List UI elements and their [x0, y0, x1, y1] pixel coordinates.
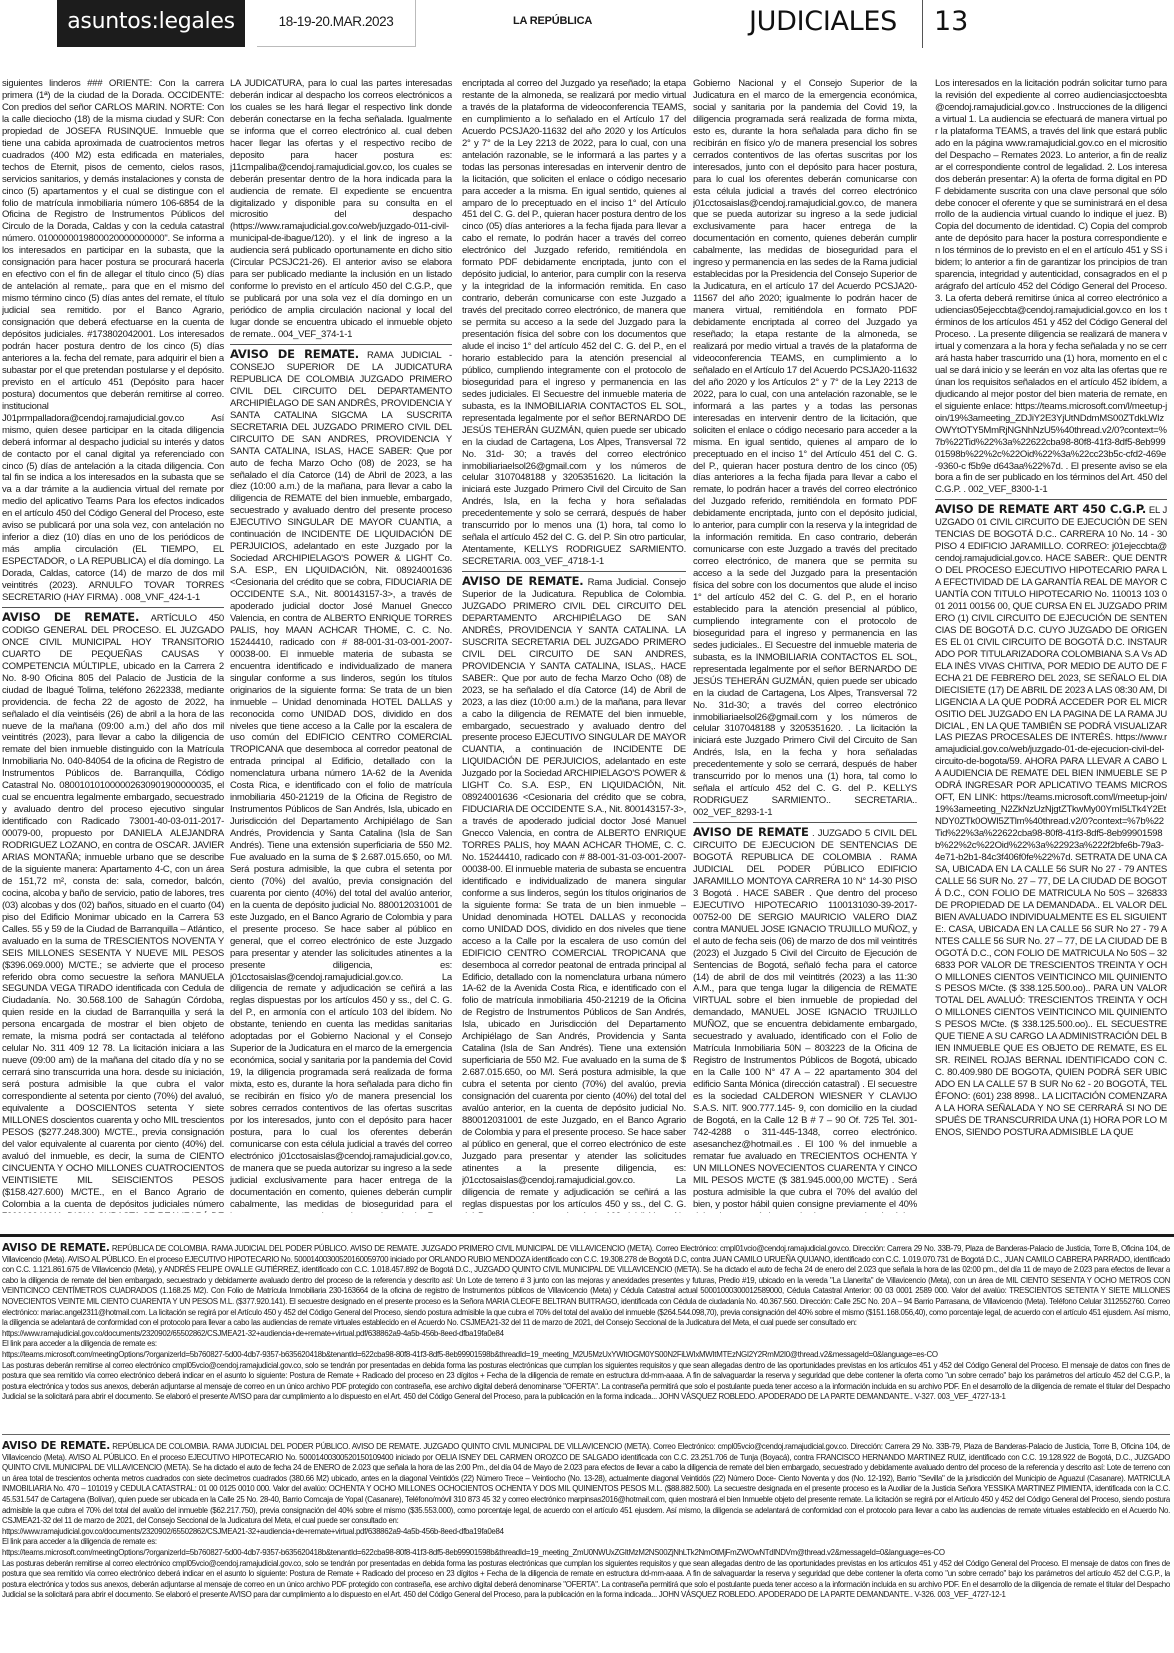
column-4: Gobierno Nacional y el Consejo Superior … — [693, 78, 917, 1213]
notice-body-2: Las posturas deberán remitirse al correo… — [2, 1559, 1170, 1601]
notice-heading: AVISO DE REMATE. — [230, 347, 359, 361]
notice-text: AVISO DE REMATE. RAMA JUDICIAL - CONSEJO… — [230, 349, 452, 1213]
wide-notice-2: AVISO DE REMATE. REPÚBLICA DE COLOMBIA. … — [2, 1441, 1170, 1651]
notice-text: AVISO DE REMATE ART 450 C.G.P. EL JUZGAD… — [935, 504, 1167, 1139]
notice: AVISO DE REMATE. RAMA JUDICIAL - CONSEJO… — [230, 349, 452, 1213]
section-separator — [0, 1234, 1174, 1237]
teams-meeting-link[interactable]: https://teams.microsoft.com/meetingOptio… — [2, 1350, 1170, 1361]
notice-heading: AVISO DE REMATE. — [2, 1441, 110, 1452]
wide-notice-1: AVISO DE REMATE. REPÚBLICA DE COLOMBIA. … — [2, 1243, 1170, 1435]
notice-body-2: Las posturas deberán remitirse al correo… — [2, 1361, 1170, 1403]
notice-text: AVISO DE REMATE. ARTÍCULO 450 CODIGO GEN… — [2, 612, 224, 1213]
notice-body: REPÚBLICA DE COLOMBIA. RAMA JUDICIAL DEL… — [2, 1442, 1170, 1525]
notice-continued: LA JUDICATURA, para lo cual las partes i… — [230, 78, 452, 345]
notice-body: RAMA JUDICIAL - CONSEJO SUPERIOR DE LA J… — [230, 350, 452, 1213]
column-2: LA JUDICATURA, para lo cual las partes i… — [230, 78, 452, 1213]
notice-text: AVISO DE REMATE. REPÚBLICA DE COLOMBIA. … — [2, 1441, 1170, 1527]
notice-body: REPÚBLICA DE COLOMBIA. RAMA JUDICIAL DEL… — [2, 1244, 1170, 1327]
notice-body: Rama Judicial. Consejo Superior de la Ju… — [462, 577, 686, 1213]
notice-text: AVISO DE REMATE. Rama Judicial. Consejo … — [462, 576, 686, 1213]
notice-text: AVISO DE REMATE. REPÚBLICA DE COLOMBIA. … — [2, 1243, 1170, 1329]
notice-heading: AVISO DE REMATE. — [462, 574, 583, 588]
brand-logo: asuntos:legales — [57, 0, 245, 47]
notices-columns: siguientes linderos ### ORIENTE: Con la … — [0, 78, 1174, 1213]
notice-continued: Los interesados en la licitación podrán … — [935, 78, 1167, 500]
header-divider — [922, 0, 923, 48]
column-3: encriptada al correo del Juzgado ya rese… — [462, 78, 686, 1213]
page-number: 13 — [934, 6, 968, 37]
notice-body: EL JUZGADO 01 CIVIL CIRCUITO DE EJECUCIÓ… — [935, 505, 1167, 1138]
notice: AVISO DE REMATE. Rama Judicial. Consejo … — [462, 576, 686, 1213]
notice-text: AVISO DE REMATE . JUZGADO 5 CIVIL DEL CI… — [693, 827, 917, 1213]
notice-body: ARTÍCULO 450 CODIGO GENERAL DEL PROCESO.… — [2, 613, 224, 1213]
link-label: El link para acceder a la diligencia de … — [2, 1339, 1170, 1350]
column-1: siguientes linderos ### ORIENTE: Con la … — [2, 78, 224, 1213]
notice-heading: AVISO DE REMATE. — [2, 610, 139, 624]
notice: AVISO DE REMATE ART 450 C.G.P. EL JUZGAD… — [935, 504, 1167, 1142]
consult-link[interactable]: https://www.ramajudicial.gov.co/document… — [2, 1527, 1170, 1538]
consult-link[interactable]: https://www.ramajudicial.gov.co/document… — [2, 1329, 1170, 1340]
notice-body: . JUZGADO 5 CIVIL DEL CIRCUITO DE EJECUC… — [693, 828, 917, 1213]
notice-body: Los interesados en la licitación podrán … — [935, 78, 1167, 496]
notice-continued: encriptada al correo del Juzgado ya rese… — [462, 78, 686, 572]
notice-body: encriptada al correo del Juzgado ya rese… — [462, 78, 686, 568]
notice: AVISO DE REMATE. ARTÍCULO 450 CODIGO GEN… — [2, 612, 224, 1213]
link-label: El link para acceder a la diligencia de … — [2, 1537, 1170, 1548]
teams-meeting-link[interactable]: https://teams.microsoft.com/meetingOptio… — [2, 1548, 1170, 1559]
issue-date: 18-19-20.MAR.2023 — [257, 0, 416, 47]
notice-heading: AVISO DE REMATE. — [2, 1243, 110, 1254]
masthead: asuntos:legales 18-19-20.MAR.2023 LA REP… — [0, 0, 1174, 60]
notice-heading: AVISO DE REMATE — [693, 825, 809, 839]
notice-heading: AVISO DE REMATE ART 450 C.G.P. — [935, 502, 1146, 516]
column-5: Los interesados en la licitación podrán … — [935, 78, 1167, 1213]
notice: AVISO DE REMATE . JUZGADO 5 CIVIL DEL CI… — [693, 827, 917, 1213]
notice-body: siguientes linderos ### ORIENTE: Con la … — [2, 78, 224, 604]
section-title: JUDICIALES — [749, 6, 897, 37]
notice-body: Gobierno Nacional y el Consejo Superior … — [693, 78, 917, 819]
notice-body: LA JUDICATURA, para lo cual las partes i… — [230, 78, 452, 341]
newspaper-name: LA REPÚBLICA — [513, 15, 592, 27]
notice-continued: Gobierno Nacional y el Consejo Superior … — [693, 78, 917, 823]
notice-continued: siguientes linderos ### ORIENTE: Con la … — [2, 78, 224, 608]
